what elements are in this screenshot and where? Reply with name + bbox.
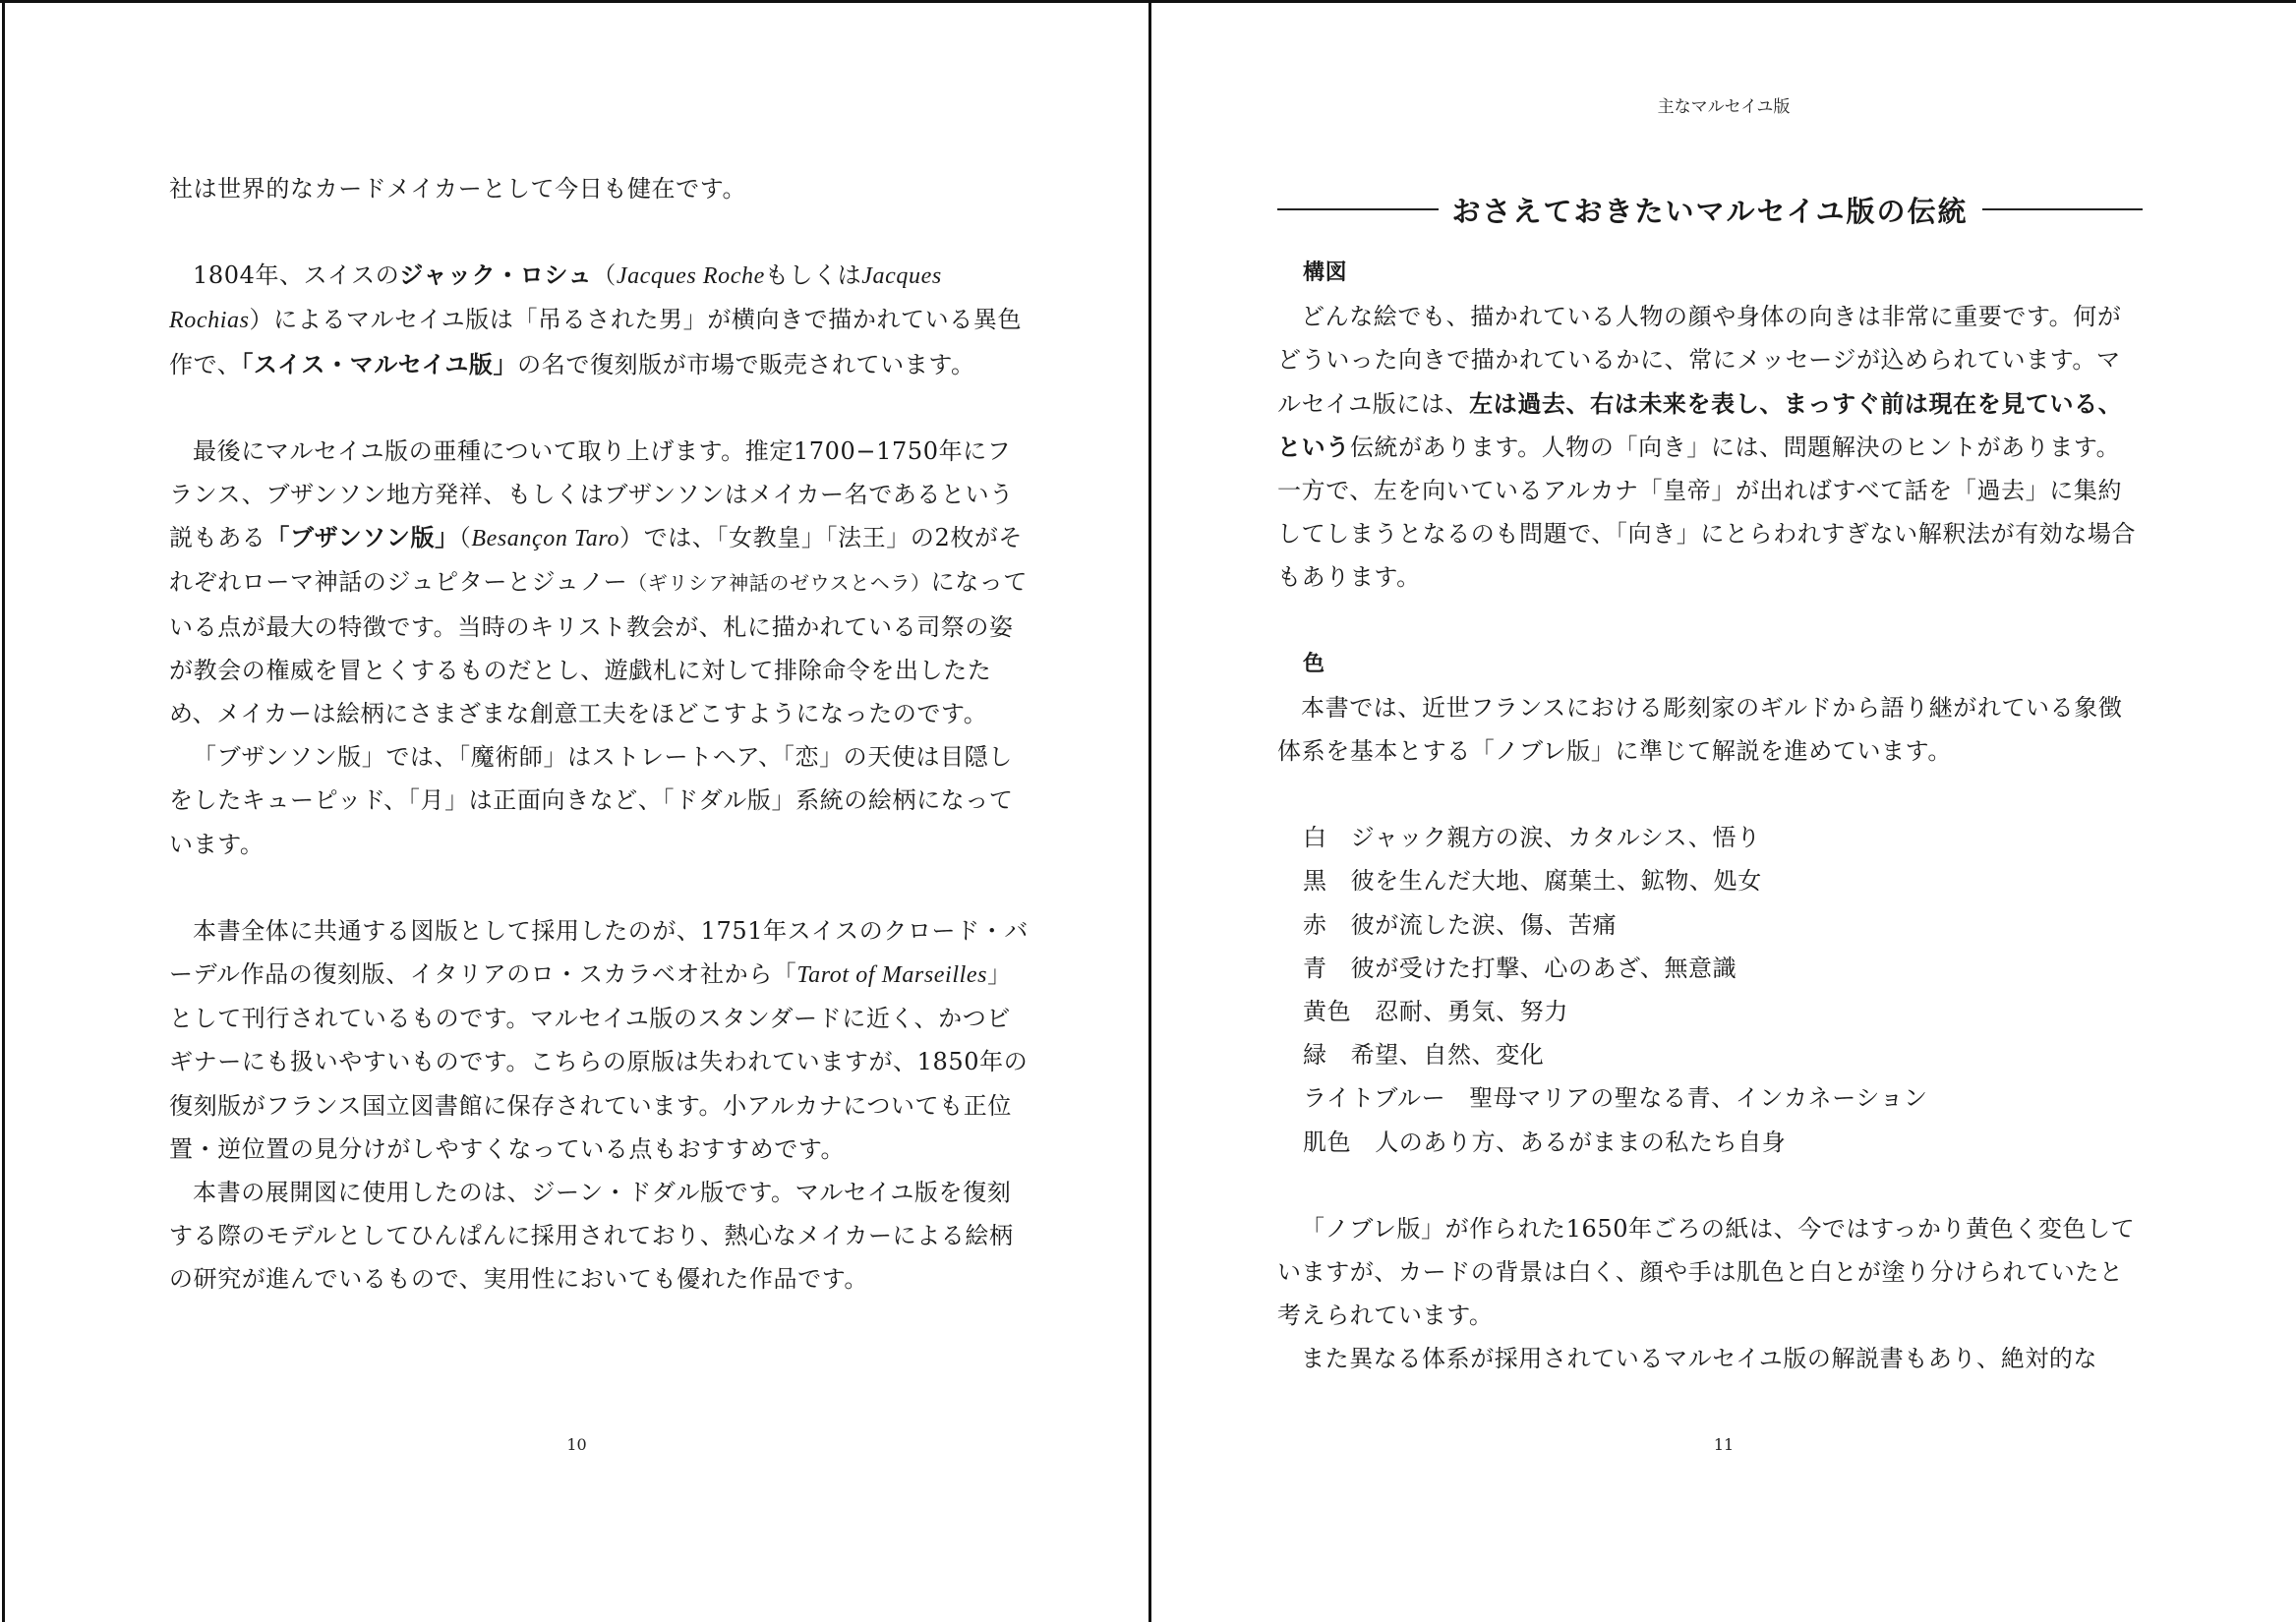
section-title: おさえておきたいマルセイユ版の伝統	[1439, 190, 1982, 230]
bold-besancon: 「ブザンソン版」	[265, 524, 458, 551]
paragraph-gap	[169, 210, 1034, 254]
subheading-composition: 構図	[1277, 252, 2143, 295]
paragraph-5: 本書全体に共通する図版として採用したのが、1751年スイスのクロード・バーデル作…	[169, 909, 1034, 1171]
color-term: 黒	[1303, 859, 1327, 902]
paragraph-6: 本書の展開図に使用したのは、ジーン・ドダル版です。マルセイユ版を復刻する際のモデ…	[169, 1171, 1034, 1302]
text-run: もしくは	[765, 261, 861, 289]
color-term: 肌色	[1303, 1121, 1351, 1164]
color-meaning-list: 白ジャック親方の涙、カタルシス、悟り 黒彼を生んだ大地、腐葉土、鉱物、処女 赤彼…	[1277, 816, 2143, 1164]
color-meaning: 人のあり方、あるがままの私たち自身	[1375, 1121, 1786, 1164]
color-intro-paragraph: 本書では、近世フランスにおける彫刻家のギルドから語り継がれている象徴体系を基本と…	[1277, 686, 2143, 773]
list-item: 肌色人のあり方、あるがままの私たち自身	[1303, 1121, 2143, 1164]
right-page-body: 構図 どんな絵でも、描かれている人物の顔や身体の向きは非常に重要です。何がどうい…	[1277, 252, 2143, 1381]
color-paragraph-after-2: また異なる体系が採用されているマルセイユ版の解説書もあり、絶対的な	[1277, 1337, 2143, 1380]
subheading-color: 色	[1277, 643, 2143, 686]
text-run: の名で復刻版が市場で販売されています。	[517, 351, 974, 378]
paragraph-gap	[169, 386, 1034, 430]
list-item: 赤彼が流した涙、傷、苦痛	[1303, 903, 2143, 947]
italic-name: Besançon Taro	[471, 526, 619, 551]
text-run: （	[592, 261, 617, 289]
heading-rule-right	[1982, 208, 2144, 210]
color-meaning: 彼が流した涙、傷、苦痛	[1351, 903, 1618, 947]
running-header: 主なマルセイユ版	[1151, 92, 2296, 117]
bold-swiss-marseille: 「スイス・マルセイユ版」	[241, 351, 517, 378]
color-meaning: 希望、自然、変化	[1351, 1033, 1545, 1076]
color-term: 赤	[1303, 903, 1327, 947]
page-number: 11	[1151, 1435, 2296, 1454]
paragraph-1: 社は世界的なカードメイカーとして今日も健在です。	[169, 167, 1034, 210]
bold-name-jacques-roche: ジャック・ロシュ	[399, 261, 592, 289]
list-item: 白ジャック親方の涙、カタルシス、悟り	[1303, 816, 2143, 859]
text-run: 」として刊行されているものです。マルセイユ版のスタンダードに近く、かつビギナーに…	[169, 960, 1028, 1163]
right-page: 主なマルセイユ版 おさえておきたいマルセイユ版の伝統 構図 どんな絵でも、描かれ…	[1151, 0, 2296, 1622]
color-meaning: ジャック親方の涙、カタルシス、悟り	[1351, 816, 1761, 859]
color-term: 緑	[1303, 1033, 1327, 1076]
paragraph-3: 最後にマルセイユ版の亜種について取り上げます。推定1700−1750年にフランス…	[169, 430, 1034, 735]
color-meaning: 忍耐、勇気、努力	[1375, 990, 1568, 1033]
paragraph-gap	[169, 866, 1034, 909]
page-number: 10	[5, 1435, 1148, 1454]
paragraph-2: 1804年、スイスのジャック・ロシュ（Jacques RocheもしくはJacq…	[169, 254, 1034, 386]
color-term: 白	[1303, 816, 1327, 859]
color-meaning: 彼が受けた打撃、心のあざ、無意識	[1351, 947, 1737, 990]
list-item: 青彼が受けた打撃、心のあざ、無意識	[1303, 947, 2143, 990]
inline-note: （ギリシア神話のゼウスとヘラ）	[627, 571, 930, 595]
list-item: 緑希望、自然、変化	[1303, 1033, 2143, 1076]
color-paragraph-after-1: 「ノブレ版」が作られた1650年ごろの紙は、今ではすっかり黄色く変色していますが…	[1277, 1207, 2143, 1338]
color-term: 黄色	[1303, 990, 1351, 1033]
left-page: 社は世界的なカードメイカーとして今日も健在です。 1804年、スイスのジャック・…	[5, 0, 1148, 1622]
paragraph-4: 「ブザンソン版」では、「魔術師」はストレートヘア、「恋」の天使は目隠しをしたキュ…	[169, 735, 1034, 866]
section-heading: おさえておきたいマルセイユ版の伝統	[1277, 185, 2143, 234]
text-run: （	[459, 524, 472, 551]
italic-name: Jacques Roche	[617, 263, 765, 289]
list-item: ライトブルー聖母マリアの聖なる青、インカネーション	[1303, 1076, 2143, 1120]
paragraph-gap	[1277, 600, 2143, 643]
text-run: 伝統があります。人物の「向き」には、問題解決のヒントがあります。一方で、左を向い…	[1277, 434, 2136, 592]
color-meaning: 彼を生んだ大地、腐葉土、鉱物、処女	[1351, 859, 1762, 902]
list-item: 黄色忍耐、勇気、努力	[1303, 990, 2143, 1033]
color-term: ライトブルー	[1303, 1076, 1445, 1120]
paragraph-gap	[1277, 773, 2143, 816]
color-meaning: 聖母マリアの聖なる青、インカネーション	[1469, 1076, 1927, 1120]
heading-rule-left	[1277, 208, 1439, 210]
color-term: 青	[1303, 947, 1327, 990]
text-run: 1804年、スイスの	[193, 261, 399, 289]
left-page-body: 社は世界的なカードメイカーとして今日も健在です。 1804年、スイスのジャック・…	[169, 167, 1034, 1302]
italic-title: Tarot of Marseilles	[796, 962, 987, 988]
list-item: 黒彼を生んだ大地、腐葉土、鉱物、処女	[1303, 859, 2143, 902]
composition-paragraph: どんな絵でも、描かれている人物の顔や身体の向きは非常に重要です。何がどういった向…	[1277, 295, 2143, 599]
paragraph-gap	[1277, 1164, 2143, 1207]
